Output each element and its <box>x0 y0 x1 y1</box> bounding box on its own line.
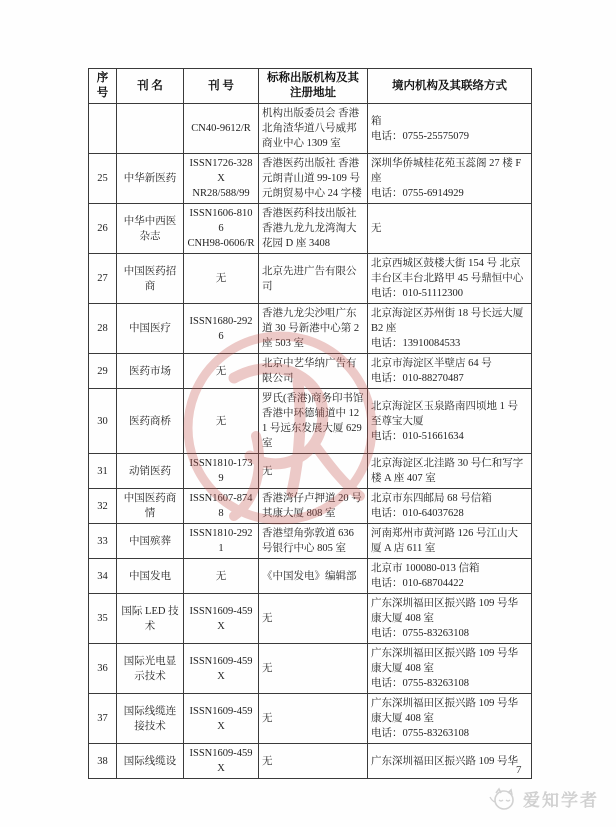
table-row: 38 国际线缆设 ISSN1609-459X 无 广东深圳福田区振兴路 109 … <box>89 744 532 779</box>
domestic-contact-cell: 北京市 100080-013 信箱 电话：010-68704422 <box>368 559 532 594</box>
seq-no-cell: 37 <box>89 694 117 744</box>
claimed-publisher-cell: 香港望角弥敦道 636 号银行中心 805 室 <box>259 524 368 559</box>
brand-watermark: 爱知学者 <box>488 786 599 811</box>
domestic-contact-cell: 广东深圳福田区振兴路 109 号华康大厦 408 室 电话：0755-83263… <box>368 644 532 694</box>
domestic-contact-cell: 北京海淀区北洼路 30 号仁和写字楼 A 座 407 室 <box>368 454 532 489</box>
claimed-publisher-cell: 香港湾仔卢押道 20 号其康大厦 808 室 <box>259 489 368 524</box>
table-row: 27 中国医药招商 无 北京先进广告有限公司 北京西城区鼓楼大街 154 号 北… <box>89 254 532 304</box>
table-row: CN40-9612/R 机构出版委员会 香港北角渣华道八号威邦商业中心 1309… <box>89 104 532 154</box>
journal-code-cell: ISSN1810-1739 <box>184 454 259 489</box>
seq-no-cell: 29 <box>89 354 117 389</box>
domestic-contact-cell: 北京海淀区苏州街 18 号长远大厦 B2 座 电话：13910084533 <box>368 304 532 354</box>
journal-code-cell: ISSN1607-8748 <box>184 489 259 524</box>
journal-code-cell: 无 <box>184 559 259 594</box>
table-row: 30 医药商桥 无 罗氏(香港)商务印书馆 香港中环德辅道中 121 号远东发展… <box>89 389 532 454</box>
seq-no-cell: 36 <box>89 644 117 694</box>
seq-no-cell: 31 <box>89 454 117 489</box>
seq-no-cell: 38 <box>89 744 117 779</box>
table-row: 34 中国发电 无 《中国发电》编辑部 北京市 100080-013 信箱 电话… <box>89 559 532 594</box>
claimed-publisher-cell: 香港医药科技出版社 香港九龙九龙湾淘大花园 D 座 3408 <box>259 204 368 254</box>
page-number: 7 <box>516 764 522 776</box>
journal-code-cell: CN40-9612/R <box>184 104 259 154</box>
header-claimed-publisher: 标称出版机构及其注册地址 <box>259 69 368 104</box>
journal-code-cell: 无 <box>184 354 259 389</box>
journal-code-cell: 无 <box>184 389 259 454</box>
domestic-contact-cell: 广东深圳福田区振兴路 109 号华康大厦 408 室 电话：0755-83263… <box>368 694 532 744</box>
domestic-contact-cell: 深圳华侨城桂花苑玉蕊阁 27 楼 F 座 电话：0755-6914929 <box>368 154 532 204</box>
seq-no-cell: 25 <box>89 154 117 204</box>
claimed-publisher-cell: 机构出版委员会 香港北角渣华道八号威邦商业中心 1309 室 <box>259 104 368 154</box>
domestic-contact-cell: 无 <box>368 204 532 254</box>
journal-name-cell: 国际 LED 技术 <box>117 594 184 644</box>
journal-name-cell <box>117 104 184 154</box>
claimed-publisher-cell: 无 <box>259 744 368 779</box>
domestic-contact-cell: 广东深圳福田区振兴路 109 号华 <box>368 744 532 779</box>
journal-table: 序号 刊 名 刊 号 标称出版机构及其注册地址 境内机构及其联络方式 CN40-… <box>88 68 532 779</box>
domestic-contact-cell: 北京海淀区玉泉路南四顷地 1 号至尊宝大厦 电话：010-51661634 <box>368 389 532 454</box>
seq-no-cell: 30 <box>89 389 117 454</box>
scanned-document-page: 序号 刊 名 刊 号 标称出版机构及其注册地址 境内机构及其联络方式 CN40-… <box>0 0 616 827</box>
journal-name-cell: 国际光电显示技术 <box>117 644 184 694</box>
domestic-contact-cell: 广东深圳福田区振兴路 109 号华康大厦 408 室 电话：0755-83263… <box>368 594 532 644</box>
seq-no-cell: 26 <box>89 204 117 254</box>
seq-no-cell: 34 <box>89 559 117 594</box>
seq-no-cell: 28 <box>89 304 117 354</box>
journal-name-cell: 中国发电 <box>117 559 184 594</box>
table-row: 33 中国殡葬 ISSN1810-2921 香港望角弥敦道 636 号银行中心 … <box>89 524 532 559</box>
header-journal-code: 刊 号 <box>184 69 259 104</box>
journal-name-cell: 动销医药 <box>117 454 184 489</box>
table-row: 28 中国医疗 ISSN1680-2926 香港九龙尖沙咀广东道 30 号新港中… <box>89 304 532 354</box>
journal-code-cell: ISSN1606-8106 CNH98-0606/R <box>184 204 259 254</box>
journal-code-cell: ISSN1810-2921 <box>184 524 259 559</box>
table-row: 25 中华新医药 ISSN1726-328X NR28/588/99 香港医药出… <box>89 154 532 204</box>
journal-code-cell: ISSN1609-459X <box>184 744 259 779</box>
journal-name-cell: 中国殡葬 <box>117 524 184 559</box>
header-row: 序号 刊 名 刊 号 标称出版机构及其注册地址 境内机构及其联络方式 <box>89 69 532 104</box>
seq-no-cell: 32 <box>89 489 117 524</box>
claimed-publisher-cell: 北京中艺华纳广告有限公司 <box>259 354 368 389</box>
journal-code-cell: 无 <box>184 254 259 304</box>
table-row: 32 中国医药商情 ISSN1607-8748 香港湾仔卢押道 20 号其康大厦… <box>89 489 532 524</box>
header-domestic-contact: 境内机构及其联络方式 <box>368 69 532 104</box>
claimed-publisher-cell: 无 <box>259 644 368 694</box>
domestic-contact-cell: 北京西城区鼓楼大街 154 号 北京丰台区丰台北路甲 45 号鼎恒中心 电话：0… <box>368 254 532 304</box>
seq-no-cell <box>89 104 117 154</box>
journal-name-cell: 医药市场 <box>117 354 184 389</box>
claimed-publisher-cell: 北京先进广告有限公司 <box>259 254 368 304</box>
table-row: 26 中华中西医杂志 ISSN1606-8106 CNH98-0606/R 香港… <box>89 204 532 254</box>
journal-name-cell: 中国医疗 <box>117 304 184 354</box>
cat-logo-icon <box>488 787 518 811</box>
seq-no-cell: 35 <box>89 594 117 644</box>
claimed-publisher-cell: 《中国发电》编辑部 <box>259 559 368 594</box>
claimed-publisher-cell: 无 <box>259 694 368 744</box>
journal-code-cell: ISSN1726-328X NR28/588/99 <box>184 154 259 204</box>
journal-name-cell: 中国医药招商 <box>117 254 184 304</box>
journal-name-cell: 中华中西医杂志 <box>117 204 184 254</box>
table-row: 29 医药市场 无 北京中艺华纳广告有限公司 北京市海淀区半壁店 64 号 电话… <box>89 354 532 389</box>
header-journal-name: 刊 名 <box>117 69 184 104</box>
claimed-publisher-cell: 香港九龙尖沙咀广东道 30 号新港中心第 2 座 503 室 <box>259 304 368 354</box>
brand-watermark-text: 爱知学者 <box>523 786 599 811</box>
journal-table-header: 序号 刊 名 刊 号 标称出版机构及其注册地址 境内机构及其联络方式 <box>89 69 532 104</box>
domestic-contact-cell: 北京市东四邮局 68 号信箱 电话：010-64037628 <box>368 489 532 524</box>
table-row: 36 国际光电显示技术 ISSN1609-459X 无 广东深圳福田区振兴路 1… <box>89 644 532 694</box>
claimed-publisher-cell: 无 <box>259 454 368 489</box>
header-seq-no: 序号 <box>89 69 117 104</box>
table-row: 35 国际 LED 技术 ISSN1609-459X 无 广东深圳福田区振兴路 … <box>89 594 532 644</box>
journal-code-cell: ISSN1680-2926 <box>184 304 259 354</box>
journal-table-body: CN40-9612/R 机构出版委员会 香港北角渣华道八号威邦商业中心 1309… <box>89 104 532 779</box>
claimed-publisher-cell: 香港医药出版社 香港元朗青山道 99-109 号元朗贸易中心 24 字楼 <box>259 154 368 204</box>
journal-code-cell: ISSN1609-459X <box>184 594 259 644</box>
journal-code-cell: ISSN1609-459X <box>184 694 259 744</box>
journal-name-cell: 国际线缆连接技术 <box>117 694 184 744</box>
journal-name-cell: 国际线缆设 <box>117 744 184 779</box>
domestic-contact-cell: 河南郑州市黄河路 126 号江山大厦 A 店 611 室 <box>368 524 532 559</box>
seq-no-cell: 33 <box>89 524 117 559</box>
claimed-publisher-cell: 无 <box>259 594 368 644</box>
table-row: 37 国际线缆连接技术 ISSN1609-459X 无 广东深圳福田区振兴路 1… <box>89 694 532 744</box>
domestic-contact-cell: 箱 电话：0755-25575079 <box>368 104 532 154</box>
table-row: 31 动销医药 ISSN1810-1739 无 北京海淀区北洼路 30 号仁和写… <box>89 454 532 489</box>
claimed-publisher-cell: 罗氏(香港)商务印书馆 香港中环德辅道中 121 号远东发展大厦 629 室 <box>259 389 368 454</box>
domestic-contact-cell: 北京市海淀区半壁店 64 号 电话：010-88270487 <box>368 354 532 389</box>
journal-name-cell: 中华新医药 <box>117 154 184 204</box>
journal-code-cell: ISSN1609-459X <box>184 644 259 694</box>
journal-name-cell: 医药商桥 <box>117 389 184 454</box>
journal-name-cell: 中国医药商情 <box>117 489 184 524</box>
seq-no-cell: 27 <box>89 254 117 304</box>
